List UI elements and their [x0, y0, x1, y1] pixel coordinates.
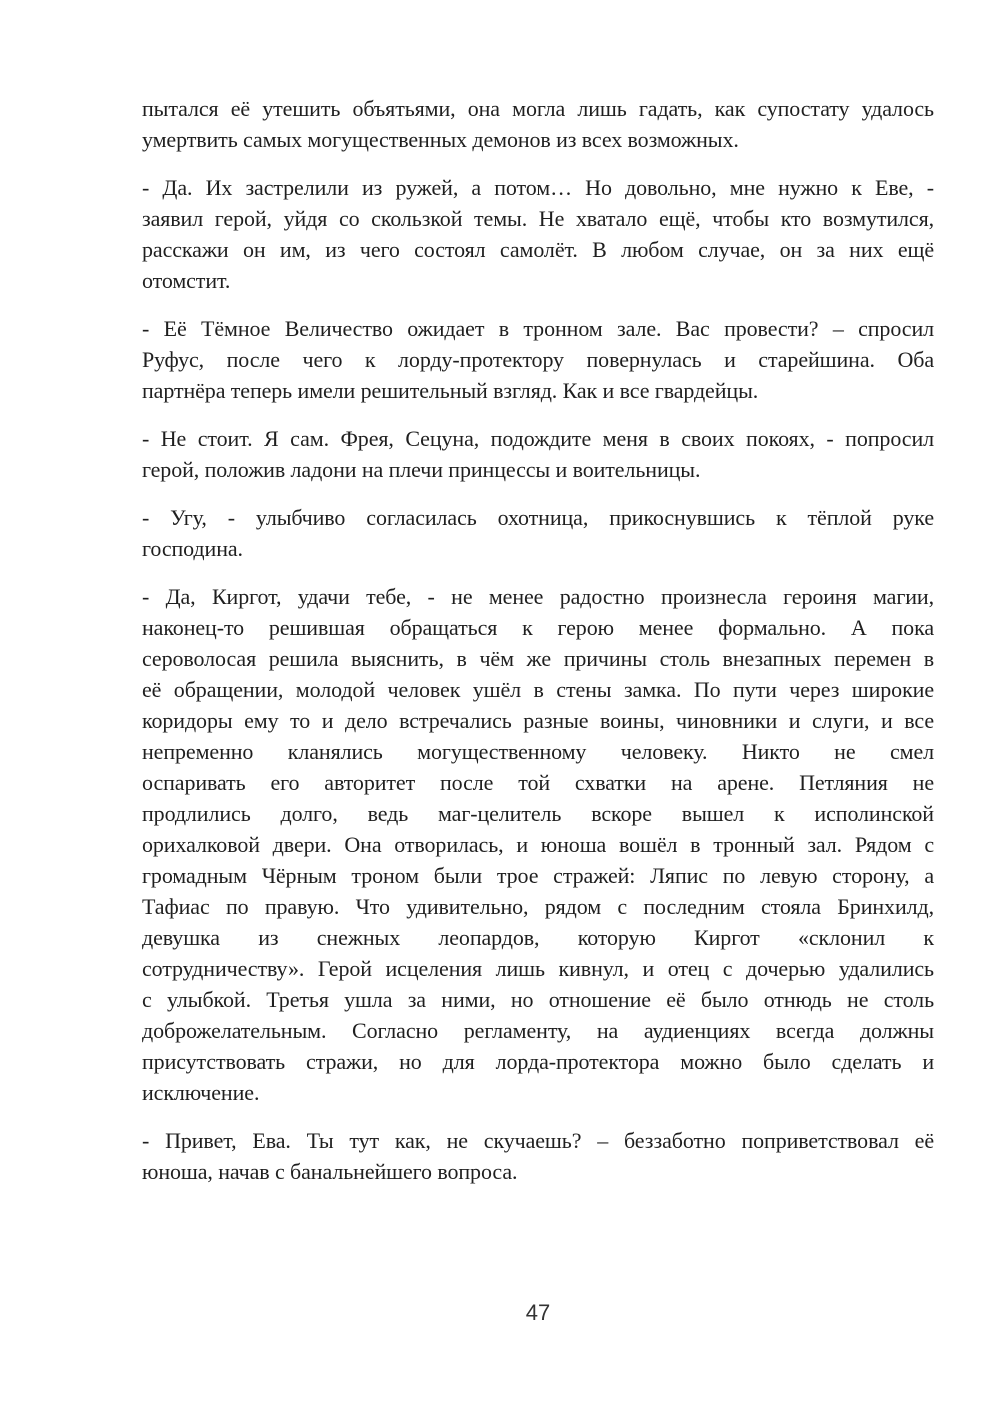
paragraph: пытался её утешить объятьями, она могла …: [142, 93, 934, 155]
text-line: доброжелательным. Согласно регламенту, н…: [142, 1015, 934, 1046]
text-line: отомстит.: [142, 265, 934, 296]
text-line: - Её Тёмное Величество ожидает в тронном…: [142, 313, 934, 344]
text-line: - Не стоит. Я сам. Фрея, Сецуна, подожди…: [142, 423, 934, 454]
text-line: продлились долго, ведь маг-целитель вско…: [142, 798, 934, 829]
text-line: умертвить самых могущественных демонов и…: [142, 124, 934, 155]
text-line: юноша, начав с банальнейшего вопроса.: [142, 1156, 934, 1187]
text-line: - Да. Их застрелили из ружей, а потом… Н…: [142, 172, 934, 203]
text-line: сероволосая решила выяснить, в чём же пр…: [142, 643, 934, 674]
text-line: расскажи он им, из чего состоял самолёт.…: [142, 234, 934, 265]
text-line: сотрудничеству». Герой исцеления лишь ки…: [142, 953, 934, 984]
text-line: Тафиас по правую. Что удивительно, рядом…: [142, 891, 934, 922]
text-block: пытался её утешить объятьями, она могла …: [142, 93, 934, 1187]
text-line: присутствовать стражи, но для лорда-прот…: [142, 1046, 934, 1077]
text-line: партнёра теперь имели решительный взгляд…: [142, 375, 934, 406]
text-line: коридоры ему то и дело встречались разны…: [142, 705, 934, 736]
text-line: заявил герой, уйдя со скользкой темы. Не…: [142, 203, 934, 234]
text-line: герой, положив ладони на плечи принцессы…: [142, 454, 934, 485]
document-page: пытался её утешить объятьями, она могла …: [0, 0, 1000, 1414]
paragraph: - Угу, - улыбчиво согласилась охотница, …: [142, 502, 934, 564]
text-line: непременно кланялись могущественному чел…: [142, 736, 934, 767]
text-line: Руфус, после чего к лорду-протектору пов…: [142, 344, 934, 375]
text-line: девушка из снежных леопардов, которую Ки…: [142, 922, 934, 953]
text-line: - Угу, - улыбчиво согласилась охотница, …: [142, 502, 934, 533]
paragraph: - Не стоит. Я сам. Фрея, Сецуна, подожди…: [142, 423, 934, 485]
text-line: пытался её утешить объятьями, она могла …: [142, 93, 934, 124]
text-line: исключение.: [142, 1077, 934, 1108]
text-line: громадным Чёрным троном были трое страже…: [142, 860, 934, 891]
text-line: орихалковой двери. Она отворилась, и юно…: [142, 829, 934, 860]
text-line: - Привет, Ева. Ты тут как, не скучаешь? …: [142, 1125, 934, 1156]
text-line: наконец-то решившая обращаться к герою м…: [142, 612, 934, 643]
text-line: - Да, Киргот, удачи тебе, - не менее рад…: [142, 581, 934, 612]
text-line: господина.: [142, 533, 934, 564]
paragraph: - Да. Их застрелили из ружей, а потом… Н…: [142, 172, 934, 296]
text-line: её обращении, молодой человек ушёл в сте…: [142, 674, 934, 705]
paragraph: - Её Тёмное Величество ожидает в тронном…: [142, 313, 934, 406]
paragraph: - Привет, Ева. Ты тут как, не скучаешь? …: [142, 1125, 934, 1187]
text-line: с улыбкой. Третья ушла за ними, но отнош…: [142, 984, 934, 1015]
text-line: оспаривать его авторитет после той схват…: [142, 767, 934, 798]
page-number: 47: [142, 1300, 934, 1326]
paragraph: - Да, Киргот, удачи тебе, - не менее рад…: [142, 581, 934, 1108]
